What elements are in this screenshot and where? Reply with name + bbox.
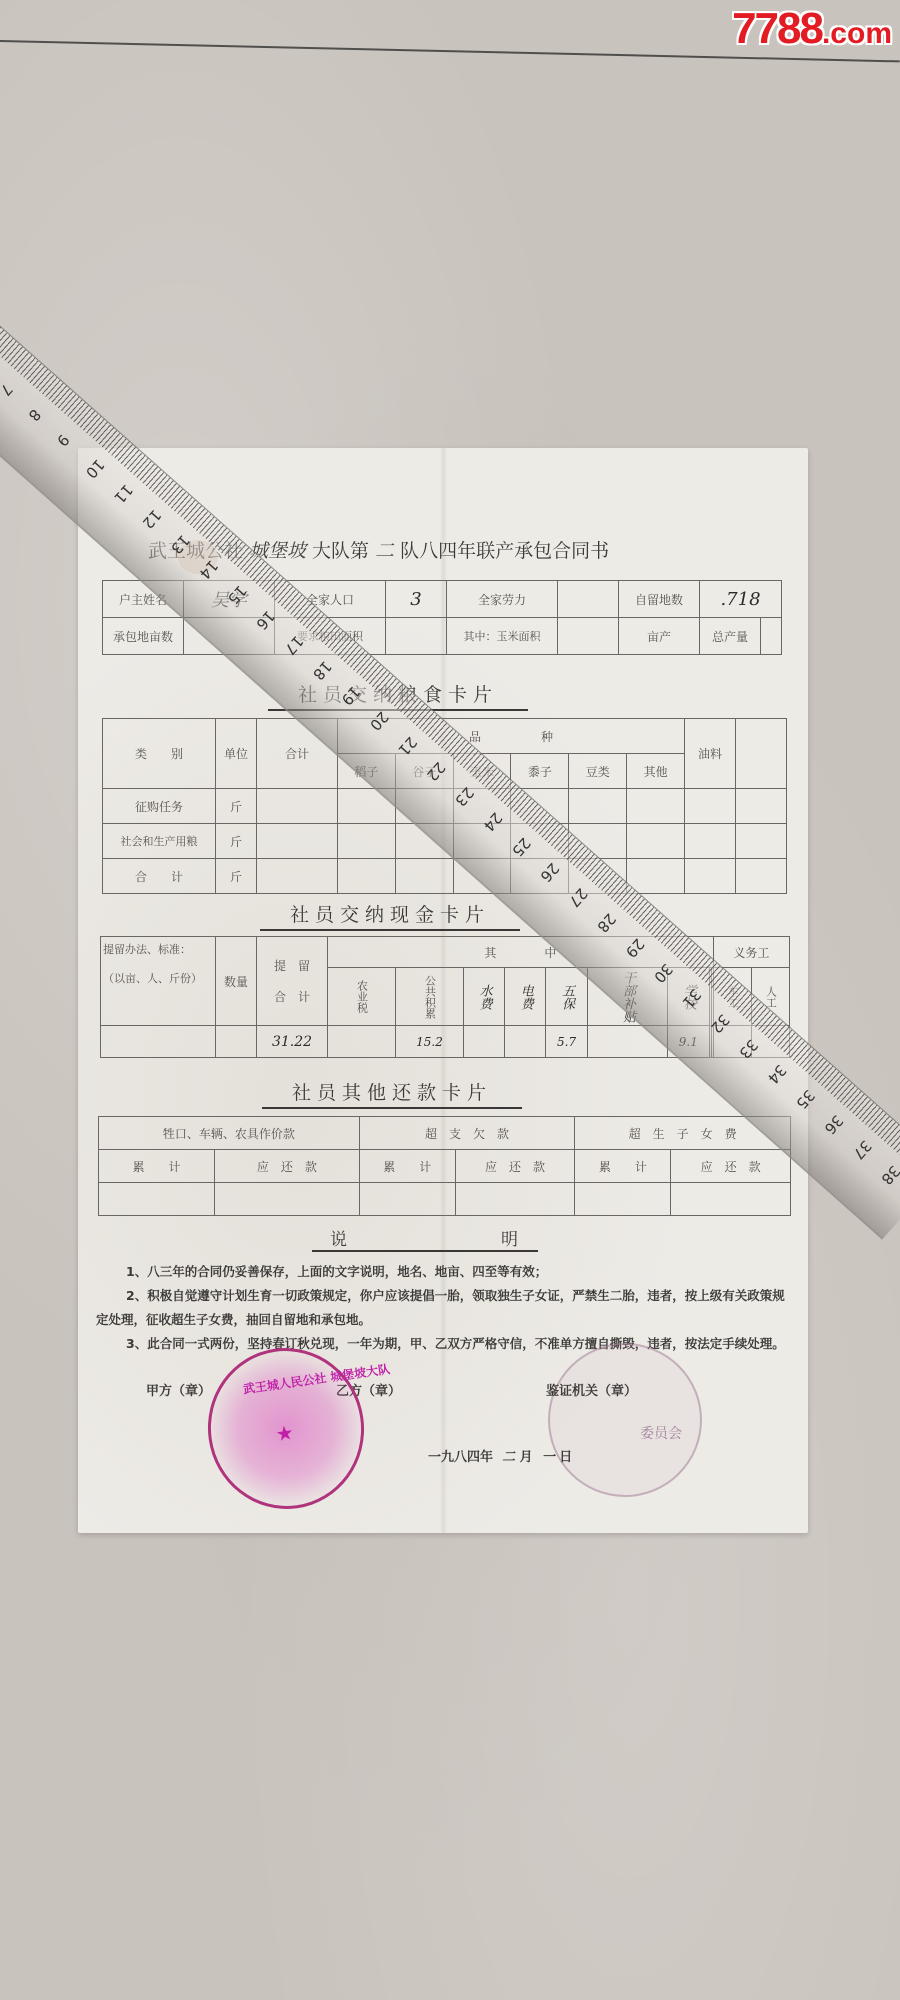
table-row <box>99 1183 791 1216</box>
group-header: 超 支 欠 款 <box>359 1117 575 1150</box>
commune-seal: 武王城人民公社 城堡坡大队 ★ <box>198 1338 375 1519</box>
ruler-number: 16 <box>252 607 278 633</box>
ruler-number: 12 <box>139 506 165 532</box>
oil-header: 油料 <box>685 719 736 789</box>
ruler-number: 28 <box>593 910 619 936</box>
row-unit: 斤 <box>216 824 257 859</box>
notes-title: 说明 <box>312 1225 538 1252</box>
ruler-number: 19 <box>338 683 364 709</box>
ruler-number: 13 <box>167 531 193 557</box>
ruler-number: 31 <box>679 985 705 1011</box>
sub-header: 应 还 款 <box>455 1150 575 1183</box>
ruler-number: 27 <box>565 884 591 910</box>
sub-header: 应 还 款 <box>215 1150 360 1183</box>
cash-card-title: 社员交纳现金卡片 <box>260 900 520 931</box>
contract-land-label: 承包地亩数 <box>103 618 184 655</box>
extra-header <box>736 719 787 789</box>
ruler-number: 7 <box>0 380 16 399</box>
sub-header: 累 计 <box>99 1150 215 1183</box>
breakdown-header: 水费 <box>464 968 505 1026</box>
note-item: 2、积极自觉遵守计划生育一切政策规定，你户应该提倡一胎，领取独生子女证，严禁生二… <box>96 1284 796 1332</box>
levy-total-header: 提 留合 计 <box>257 937 328 1026</box>
ruler-number: 20 <box>366 708 392 734</box>
corn-area-label: 其中：玉米面积 <box>447 618 558 655</box>
compulsory-group-header: 义务工 <box>713 937 789 968</box>
ruler-number: 21 <box>394 733 420 759</box>
unit-header: 单位 <box>216 719 257 789</box>
table-row: 合 计 斤 <box>103 859 787 894</box>
party-a-label: 甲方（章） <box>146 1380 211 1399</box>
private-plot-label: 自留地数 <box>619 581 700 618</box>
total-value <box>761 618 782 655</box>
ruler-number: 18 <box>309 657 335 683</box>
row-label: 征购任务 <box>103 789 216 824</box>
public-fund-value: 15.2 <box>396 1026 464 1058</box>
ruler-number: 32 <box>707 1011 733 1037</box>
category-header: 类 别 <box>103 719 216 789</box>
corn-area-value <box>558 618 619 655</box>
ruler-number: 24 <box>480 809 506 835</box>
variety-header: 黍子 <box>511 754 569 789</box>
breakdown-header: 五保 <box>546 968 587 1026</box>
breakdown-header: 电费 <box>505 968 546 1026</box>
ruler-number: 35 <box>792 1086 818 1112</box>
ruler-number: 34 <box>764 1061 790 1087</box>
ruler-number: 33 <box>735 1036 761 1062</box>
sub-header: 累 计 <box>575 1150 671 1183</box>
labor-label: 全家劳力 <box>447 581 558 618</box>
total-label: 总产量 <box>700 618 761 655</box>
grain-area-value <box>386 618 447 655</box>
repayment-card-title: 社员其他还款卡片 <box>262 1078 522 1109</box>
ruler-number: 9 <box>53 431 73 450</box>
breakdown-header: 农业税 <box>328 968 396 1026</box>
ruler-number: 37 <box>849 1137 875 1163</box>
levy-total-value: 31.22 <box>257 1026 328 1058</box>
yield-label: 亩产 <box>619 618 700 655</box>
ruler-number: 11 <box>110 481 136 507</box>
group-header: 牲口、车辆、农具作价款 <box>99 1117 360 1150</box>
ruler-number: 30 <box>650 960 676 986</box>
ruler-number: 17 <box>281 632 307 658</box>
ruler-number: 15 <box>224 582 250 608</box>
ruler-number: 25 <box>508 834 534 860</box>
sub-header: 应 还 款 <box>671 1150 791 1183</box>
variety-header: 其他 <box>627 754 685 789</box>
breakdown-header: 公共积累 <box>396 968 464 1026</box>
ruler-number: 29 <box>622 935 648 961</box>
population-value: 3 <box>386 581 447 618</box>
labor-value <box>558 581 619 618</box>
ruler-number: 36 <box>821 1112 847 1138</box>
contract-date: 一九八四年 二 月 一 日 <box>428 1446 572 1465</box>
repayment-card-table: 牲口、车辆、农具作价款 超 支 欠 款 超 生 子 女 费 累 计 应 还 款 … <box>98 1116 791 1216</box>
ruler-number: 8 <box>25 405 45 424</box>
site-watermark: 7788.com <box>732 4 892 54</box>
ruler-number: 26 <box>537 859 563 885</box>
ruler-number: 10 <box>82 456 108 482</box>
sub-header: 累 计 <box>359 1150 455 1183</box>
ruler-number: 22 <box>423 758 449 784</box>
authority-label: 鉴证机关（章） <box>546 1380 637 1399</box>
quantity-header: 数量 <box>216 937 257 1026</box>
ruler-number: 23 <box>451 784 477 810</box>
five-guarantees-value: 5.7 <box>546 1026 587 1058</box>
private-plot-value: .718 <box>700 581 782 618</box>
row-unit: 斤 <box>216 859 257 894</box>
row-unit: 斤 <box>216 789 257 824</box>
notes-list: 1、八三年的合同仍妥善保存，上面的文字说明，地名、地亩、四至等有效； 2、积极自… <box>96 1260 796 1356</box>
note-item: 3、此合同一式两份，坚持春订秋兑现，一年为期，甲、乙双方严格守信，不准单方擅自撕… <box>96 1332 796 1356</box>
row-label: 合 计 <box>103 859 216 894</box>
note-item: 1、八三年的合同仍妥善保存，上面的文字说明，地名、地亩、四至等有效； <box>96 1260 796 1284</box>
ruler-number: 38 <box>878 1162 900 1188</box>
authority-seal: 委员会 <box>548 1343 702 1497</box>
variety-header: 豆类 <box>569 754 627 789</box>
method-header: 提留办法、标准：（以亩、人、斤份） <box>101 937 216 1026</box>
row-label: 社会和生产用粮 <box>103 824 216 859</box>
ruler-number: 14 <box>196 556 222 582</box>
